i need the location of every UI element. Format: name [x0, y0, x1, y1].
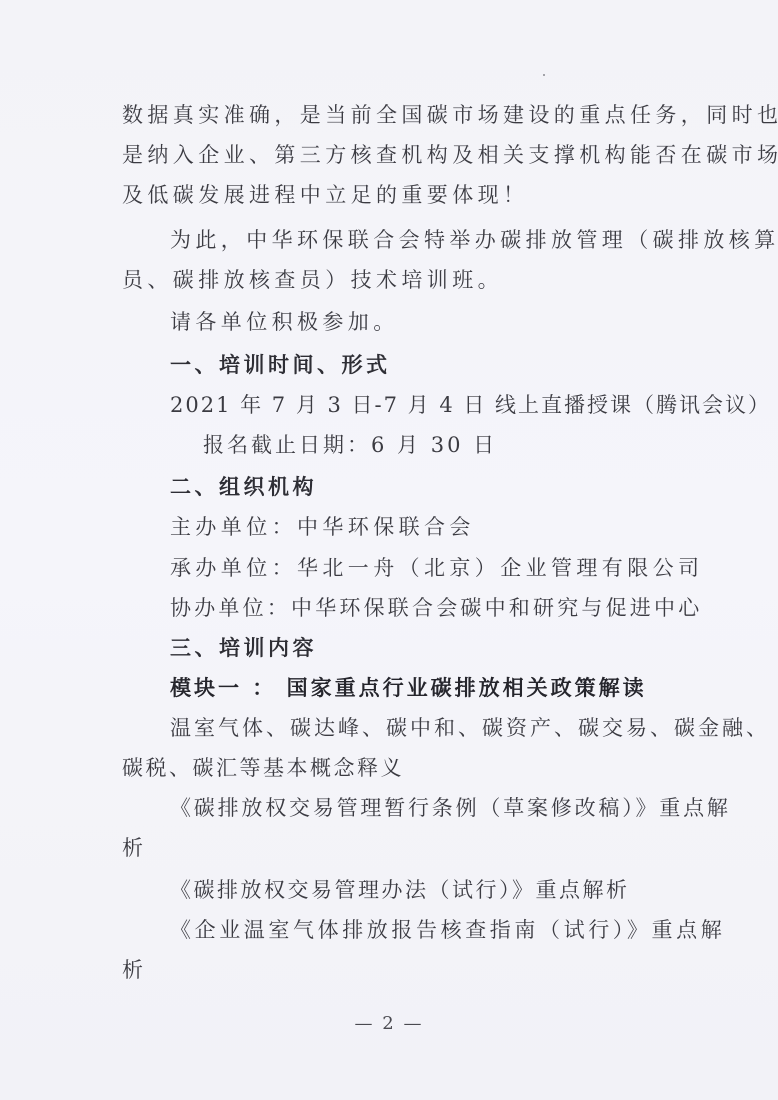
paragraph-line: 请各单位积极参加。: [170, 308, 399, 336]
co-organizer: 协办单位：中华环保联合会碳中和研究与促进中心: [170, 594, 702, 622]
content-line: 《企业温室气体排放报告核查指南（试行）》重点解: [170, 916, 725, 944]
section-heading-organizers: 二、组织机构: [170, 473, 317, 501]
host-organizer: 主办单位：中华环保联合会: [170, 513, 475, 541]
content-line: 《碳排放权交易管理暂行条例（草案修改稿）》重点解: [170, 794, 731, 822]
section-heading-content: 三、培训内容: [170, 634, 317, 662]
paragraph-line: 数据真实准确，是当前全国碳市场建设的重点任务，同时也: [122, 101, 778, 129]
schedule-dates: 2021 年 7 月 3 日-7 月 4 日 线上直播授课（腾讯会议）: [170, 391, 771, 419]
registration-deadline: 报名截止日期：6 月 30 日: [203, 431, 497, 459]
section-heading-schedule: 一、培训时间、形式: [170, 351, 391, 379]
content-line: 温室气体、碳达峰、碳中和、碳资产、碳交易、碳金融、: [170, 714, 770, 742]
paragraph-line: 是纳入企业、第三方核查机构及相关支撑机构能否在碳市场: [122, 141, 778, 169]
page-number: — 2 —: [0, 1013, 778, 1034]
module-one-title: 模块一 ： 国家重点行业碳排放相关政策解读: [170, 674, 647, 702]
undertaking-organizer: 承办单位：华北一舟（北京）企业管理有限公司: [170, 554, 703, 582]
paragraph-line: 员、碳排放核查员）技术培训班。: [122, 266, 503, 294]
content-line: 《碳排放权交易管理办法（试行）》重点解析: [170, 876, 630, 904]
scan-speck: [543, 74, 545, 76]
document-page: 数据真实准确，是当前全国碳市场建设的重点任务，同时也 是纳入企业、第三方核查机构…: [0, 0, 778, 1100]
content-line: 碳税、碳汇等基本概念释义: [122, 754, 404, 782]
content-line: 析: [122, 956, 147, 984]
paragraph-line: 为此，中华环保联合会特举办碳排放管理（碳排放核算: [170, 226, 778, 254]
content-line: 析: [122, 834, 147, 862]
paragraph-line: 及低碳发展进程中立足的重要体现！: [122, 181, 528, 209]
